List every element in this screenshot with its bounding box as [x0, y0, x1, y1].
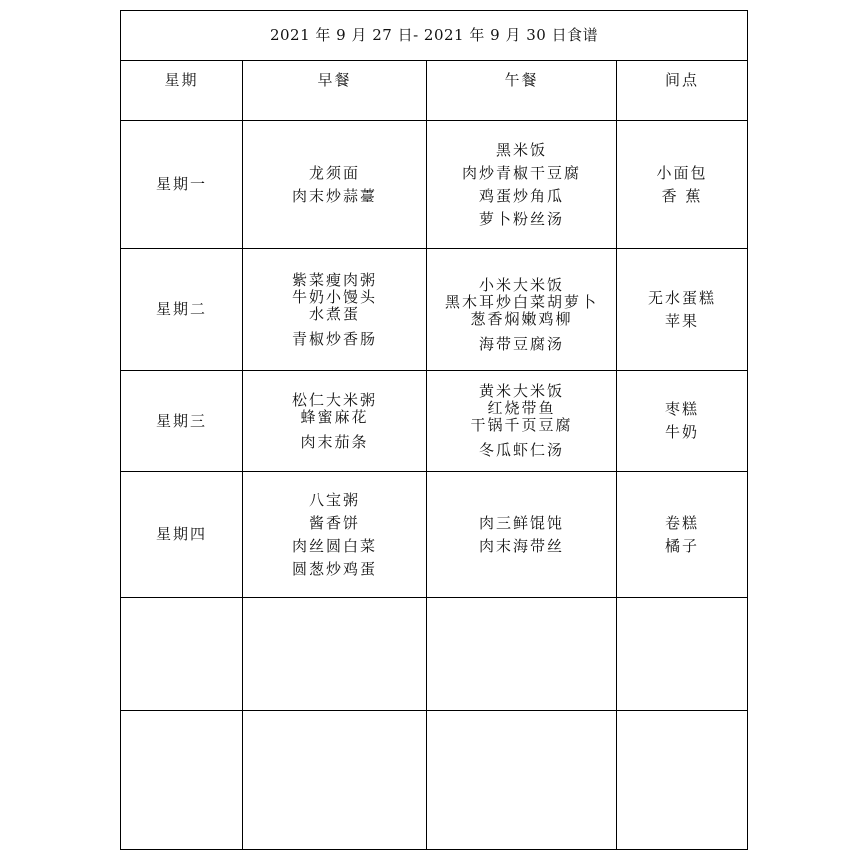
menu-item: 苹果	[617, 314, 747, 329]
table-row-tuesday: 星期二 紫菜瘦肉粥 牛奶小馒头 水煮蛋 青椒炒香肠 小米大米饭 黑木耳炒白菜胡萝…	[121, 249, 748, 371]
lunch-cell: 黄米大米饭 红烧带鱼 干锅千页豆腐 冬瓜虾仁汤	[427, 371, 617, 472]
menu-item: 肉末茄条	[243, 435, 426, 450]
lunch-cell: 小米大米饭 黑木耳炒白菜胡萝卜 葱香焖嫩鸡柳 海带豆腐汤	[427, 249, 617, 371]
menu-item: 橘子	[617, 539, 747, 554]
day-cell: 星期三	[121, 371, 243, 472]
menu-item: 水煮蛋	[243, 307, 426, 322]
header-weekday: 星期	[121, 61, 243, 121]
header-snack: 间点	[617, 61, 748, 121]
menu-item: 黄米大米饭	[427, 384, 616, 399]
menu-item: 肉三鲜馄饨	[427, 516, 616, 531]
menu-item: 肉末炒蒜薹	[243, 189, 426, 204]
menu-item: 鸡蛋炒角瓜	[427, 189, 616, 204]
menu-item: 无水蛋糕	[617, 291, 747, 306]
menu-item: 松仁大米粥	[243, 393, 426, 408]
menu-item: 卷糕	[617, 516, 747, 531]
day-cell	[121, 598, 243, 711]
lunch-cell	[427, 711, 617, 850]
snack-cell	[617, 598, 748, 711]
day-cell	[121, 711, 243, 850]
snack-cell: 无水蛋糕 苹果	[617, 249, 748, 371]
day-cell: 星期四	[121, 472, 243, 598]
menu-item: 牛奶	[617, 425, 747, 440]
header-row: 星期 早餐 午餐 间点	[121, 61, 748, 121]
menu-item: 肉末海带丝	[427, 539, 616, 554]
weekly-menu-table: 2021 年 9 月 27 日- 2021 年 9 月 30 日食谱 星期 早餐…	[120, 10, 748, 850]
table-row-thursday: 星期四 八宝粥 酱香饼 肉丝圆白菜 圆葱炒鸡蛋 肉三鲜馄饨 肉末海带丝 卷糕 橘…	[121, 472, 748, 598]
menu-title: 2021 年 9 月 27 日- 2021 年 9 月 30 日食谱	[121, 11, 748, 61]
table-row-empty	[121, 598, 748, 711]
breakfast-cell: 紫菜瘦肉粥 牛奶小馒头 水煮蛋 青椒炒香肠	[243, 249, 427, 371]
menu-item: 葱香焖嫩鸡柳	[427, 312, 616, 327]
menu-item: 海带豆腐汤	[427, 337, 616, 352]
header-lunch: 午餐	[427, 61, 617, 121]
snack-cell: 卷糕 橘子	[617, 472, 748, 598]
breakfast-cell: 八宝粥 酱香饼 肉丝圆白菜 圆葱炒鸡蛋	[243, 472, 427, 598]
breakfast-cell: 松仁大米粥 蜂蜜麻花 肉末茄条	[243, 371, 427, 472]
menu-item: 青椒炒香肠	[243, 332, 426, 347]
table-row-monday: 星期一 龙须面 肉末炒蒜薹 黑米饭 肉炒青椒干豆腐 鸡蛋炒角瓜 萝卜粉丝汤 小面…	[121, 121, 748, 249]
menu-item: 枣糕	[617, 402, 747, 417]
snack-cell: 小面包 香 蕉	[617, 121, 748, 249]
menu-item: 冬瓜虾仁汤	[427, 443, 616, 458]
menu-item: 小米大米饭	[427, 278, 616, 293]
menu-item: 黑米饭	[427, 143, 616, 158]
menu-item: 龙须面	[243, 166, 426, 181]
menu-item: 干锅千页豆腐	[427, 418, 616, 433]
breakfast-cell: 龙须面 肉末炒蒜薹	[243, 121, 427, 249]
menu-item: 小面包	[617, 166, 747, 181]
menu-item: 酱香饼	[243, 516, 426, 531]
menu-item: 蜂蜜麻花	[243, 410, 426, 425]
lunch-cell	[427, 598, 617, 711]
menu-item: 黑木耳炒白菜胡萝卜	[427, 295, 616, 310]
table-row-empty	[121, 711, 748, 850]
snack-cell	[617, 711, 748, 850]
snack-cell: 枣糕 牛奶	[617, 371, 748, 472]
table-row-wednesday: 星期三 松仁大米粥 蜂蜜麻花 肉末茄条 黄米大米饭 红烧带鱼 干锅千页豆腐 冬瓜…	[121, 371, 748, 472]
menu-item: 香 蕉	[617, 189, 747, 204]
menu-item: 牛奶小馒头	[243, 290, 426, 305]
header-breakfast: 早餐	[243, 61, 427, 121]
lunch-cell: 黑米饭 肉炒青椒干豆腐 鸡蛋炒角瓜 萝卜粉丝汤	[427, 121, 617, 249]
day-cell: 星期一	[121, 121, 243, 249]
menu-item: 圆葱炒鸡蛋	[243, 562, 426, 577]
menu-item: 紫菜瘦肉粥	[243, 273, 426, 288]
breakfast-cell	[243, 598, 427, 711]
day-cell: 星期二	[121, 249, 243, 371]
breakfast-cell	[243, 711, 427, 850]
menu-item: 肉炒青椒干豆腐	[427, 166, 616, 181]
menu-item: 肉丝圆白菜	[243, 539, 426, 554]
menu-item: 八宝粥	[243, 493, 426, 508]
menu-item: 红烧带鱼	[427, 401, 616, 416]
menu-item: 萝卜粉丝汤	[427, 212, 616, 227]
lunch-cell: 肉三鲜馄饨 肉末海带丝	[427, 472, 617, 598]
